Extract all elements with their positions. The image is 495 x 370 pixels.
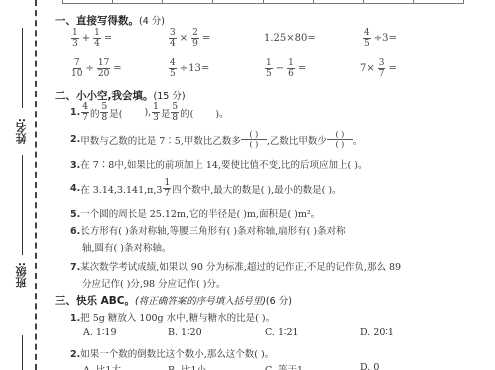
calc-item-1: 13 + 14 = <box>70 28 112 49</box>
question-2-7: 7.某次数学考试成绩,如果以 90 分为标准,超过的记作正,不足的记作负,那么 … <box>70 259 401 273</box>
question-3-1: 1.把 5g 糖放入 100g 水中,糖与糖水的比是( )。 <box>70 310 275 324</box>
section2-points: (15 分) <box>154 91 186 102</box>
option-d[interactable]: D. 20∶1 <box>360 327 394 338</box>
option-a[interactable]: A. 1∶19 <box>83 327 117 338</box>
option-a[interactable]: A. 比1大 <box>83 362 121 370</box>
calc-item-3: 1.25×80= <box>264 33 316 44</box>
option-b[interactable]: B. 1∶20 <box>168 327 202 338</box>
class-underline <box>22 155 23 255</box>
answer-blank-fraction[interactable]: ( )( ) <box>327 130 353 149</box>
calc-item-4: 45 ÷3= <box>362 28 397 49</box>
answer-blank-fraction[interactable]: ( )( ) <box>241 130 267 149</box>
calc-item-2: 34 × 29 = <box>168 28 210 49</box>
section1-points: (4 分) <box>139 16 165 27</box>
question-2-7-line2: 分应记作( )分,98 分应记作( )分。 <box>82 276 226 290</box>
question-2-6-line2: 轴,圆有( )条对称轴。 <box>82 240 171 254</box>
calc-item-5: 710 ÷ 1720 = <box>70 58 122 79</box>
section2-title: 二、小小空,我会填。(15 分) <box>55 88 186 103</box>
calc-item-6: 45 ÷13= <box>168 58 209 79</box>
fraction: 14 <box>93 28 101 49</box>
question-2-2: 2. 甲数与乙数的比是 7∶5,甲数比乙数多 ( )( ) ,乙数比甲数少 ( … <box>70 130 362 149</box>
option-c[interactable]: C. 等于1 <box>265 362 303 370</box>
fraction: 13 <box>71 28 79 49</box>
section3-points: (6 分) <box>266 296 292 307</box>
option-c[interactable]: C. 1∶21 <box>265 327 299 338</box>
binding-dotted-line <box>35 0 37 370</box>
calc-item-8: 7× 37 = <box>360 58 397 79</box>
question-2-4: 4. 在 3.14,3.141,π,3 17 四个数中,最大的数是( ),最小的… <box>70 178 342 199</box>
name-underline <box>22 28 23 108</box>
section3-title: 三、快乐 ABC。(将正确答案的序号填入括号里)(6 分) <box>55 293 292 308</box>
question-2-3: 3.在 7∶8中,如果比的前项加上 14,要使比值不变,比的后项应加上( )。 <box>70 157 367 171</box>
calc-item-7: 15 − 16 = <box>264 58 306 79</box>
section1-title-text: 一、直接写得数。 <box>55 15 139 27</box>
school-underline <box>22 335 23 370</box>
section3-note: (将正确答案的序号填入括号里) <box>135 296 266 307</box>
section3-title-text: 三、快乐 ABC。 <box>55 295 135 307</box>
option-b[interactable]: B. 比1小 <box>168 362 206 370</box>
name-label: 姓名: <box>14 118 30 144</box>
question-2-1: 1. 47 的 58 是(), 13 是 58 的()。 <box>70 102 229 123</box>
section2-title-text: 二、小小空,我会填。 <box>55 90 154 102</box>
section1-title: 一、直接写得数。(4 分) <box>55 13 165 28</box>
question-3-2: 2.如果一个数的倒数比这个数小,那么这个数( )。 <box>70 346 274 360</box>
option-d[interactable]: D. 0 <box>360 362 379 370</box>
class-label: 班级: <box>14 262 30 288</box>
question-2-5: 5.一个圆的周长是 25.12m,它的半径是( )m,面积是( )m²。 <box>70 206 320 220</box>
question-2-6: 6.长方形有( )条对称轴,等腰三角形有( )条对称轴,扇形有( )条对称 <box>70 223 346 237</box>
score-table <box>62 0 464 4</box>
